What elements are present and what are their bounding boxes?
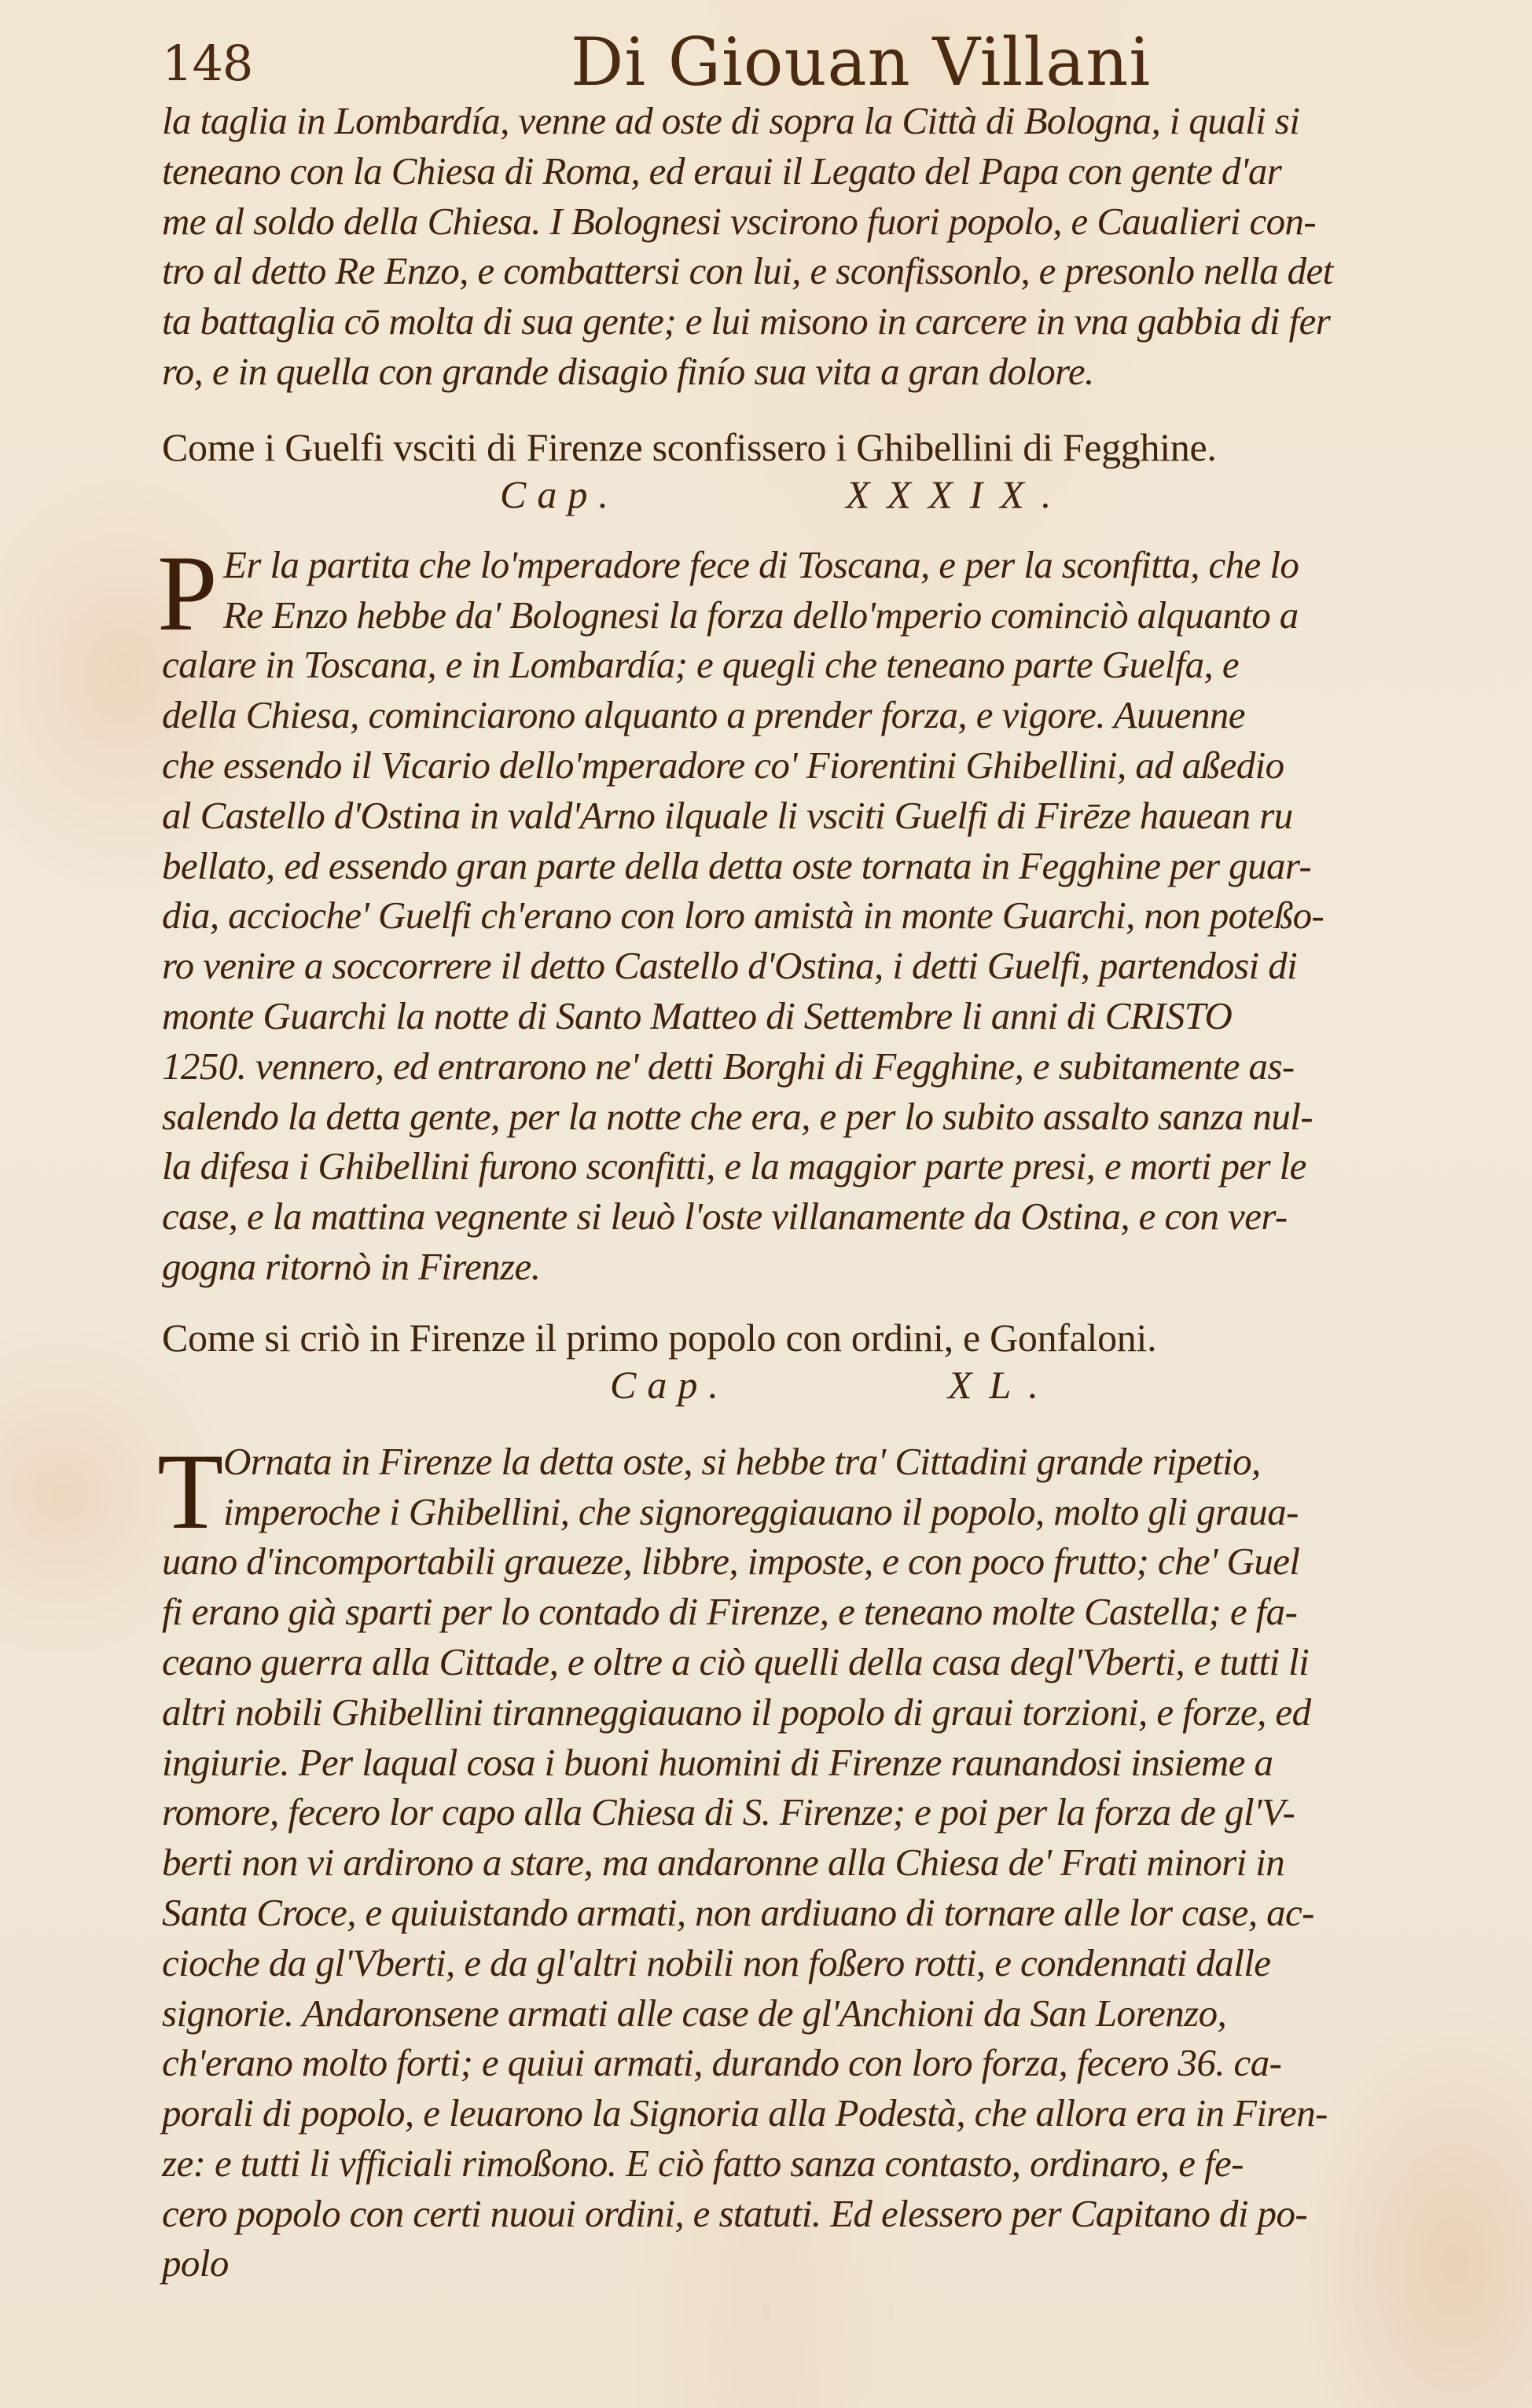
text-line: ze: e tutti li vfficiali rimoßono. E ciò… [162,2138,1459,2189]
text-line: ro venire a soccorrere il detto Castello… [162,941,1459,991]
text-line: ro, e in quella con grande disagio finío… [162,347,1459,397]
text-line: bellato, ed essendo gran parte della det… [162,841,1459,891]
text-line: che essendo il Vicario dello'mperadore c… [162,740,1459,791]
text-line: della Chiesa, cominciarono alquanto a pr… [162,690,1459,740]
chapter-number-row: Cap. XL. [162,1361,1459,1408]
text-line: altri nobili Ghibellini tiranneggiauano … [162,1687,1459,1738]
text-line: me al soldo della Chiesa. I Bolognesi vs… [162,196,1459,247]
text-line: Er la partita che lo'mperadore fece di T… [162,540,1459,590]
text-line: 1250. vennero, ed entrarono ne' detti Bo… [162,1041,1459,1092]
drop-cap: P [157,546,218,641]
chapter-number-row: Cap. XXXIX. [162,471,1459,518]
chapter-40: Come si criò in Firenze il primo popolo … [162,1314,1459,2239]
text-line: porali di popolo, e leuarono la Signoria… [162,2088,1459,2138]
chapter-cap-label: Cap. [610,1361,729,1408]
text-line: Santa Croce, e quiuistando armati, non a… [162,1888,1459,1938]
text-line: ingiurie. Per laqual cosa i buoni huomin… [162,1738,1459,1788]
chapter-numeral: XXXIX. [846,471,1068,518]
text-line: fi erano già sparti per lo contado di Fi… [162,1587,1459,1637]
text-line: calare in Toscana, e in Lombardía; e que… [162,640,1459,690]
page-body: la taglia in Lombardía, venne ad oste di… [162,96,1459,2289]
text-line: signorie. Andaronsene armati alle case d… [162,1988,1459,2039]
text-line: ta battaglia cō molta di sua gente; e lu… [162,296,1459,347]
text-line: berti non vi ardirono a stare, ma andaro… [162,1837,1459,1888]
book-page: 148 Di Giouan Villani la taglia in Lomba… [162,24,1459,2289]
chapter-cap-label: Cap. [500,471,619,518]
text-line: case, e la mattina vegnente si leuò l'os… [162,1191,1459,1242]
drop-cap: T [157,1444,223,1539]
running-head: 148 Di Giouan Villani [162,24,1459,96]
text-line: romore, fecero lor capo alla Chiesa di S… [162,1787,1459,1837]
text-line: teneano con la Chiesa di Roma, ed eraui … [162,146,1459,196]
text-line: uano d'incomportabili graueze, libbre, i… [162,1536,1459,1587]
text-line: cero popolo con certi nuoui ordini, e st… [162,2189,1459,2239]
text-line: dia, accioche' Guelfi ch'erano con loro … [162,890,1459,941]
chapter-heading: Come si criò in Firenze il primo popolo … [162,1314,1459,1361]
continuation-paragraph: la taglia in Lombardía, venne ad oste di… [162,96,1459,397]
chapter-numeral: XL. [948,1361,1056,1408]
text-line: ch'erano molto forti; e quiui armati, du… [162,2038,1459,2088]
chapter-paragraph: T Ornata in Firenze la detta oste, si he… [162,1437,1459,2239]
text-line: salendo la detta gente, per la notte che… [162,1092,1459,1142]
catchword: polo [162,2238,1459,2289]
chapter-heading: Come i Guelfi vsciti di Firenze sconfiss… [162,424,1459,471]
running-title: Di Giouan Villani [571,24,1151,101]
page-number: 148 [162,35,252,92]
chapter-39: Come i Guelfi vsciti di Firenze sconfiss… [162,424,1459,1292]
text-line: monte Guarchi la notte di Santo Matteo d… [162,991,1459,1041]
text-line: Re Enzo hebbe da' Bolognesi la forza del… [162,590,1459,641]
text-line: Ornata in Firenze la detta oste, si hebb… [162,1437,1459,1487]
text-line: la difesa i Ghibellini furono sconfitti,… [162,1141,1459,1191]
text-line: ceano guerra alla Cittade, e oltre a ciò… [162,1637,1459,1687]
text-line: tro al detto Re Enzo, e combattersi con … [162,246,1459,296]
text-line: imperoche i Ghibellini, che signoreggiau… [162,1487,1459,1537]
text-line: al Castello d'Ostina in vald'Arno ilqual… [162,791,1459,841]
text-line: cioche da gl'Vberti, e da gl'altri nobil… [162,1938,1459,1988]
text-line: la taglia in Lombardía, venne ad oste di… [162,96,1459,146]
chapter-paragraph: P Er la partita che lo'mperadore fece di… [162,540,1459,1292]
text-line: gogna ritornò in Firenze. [162,1242,1459,1292]
